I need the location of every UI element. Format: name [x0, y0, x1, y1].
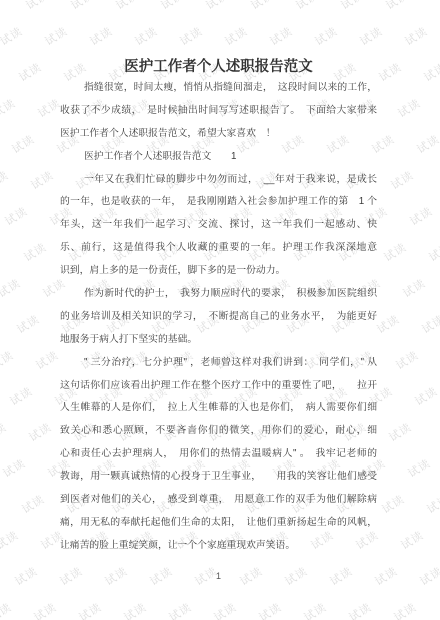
text-line: 的一年，也是收获的一年， 是我刚刚踏入社会参加护理工作的第 1 个 [60, 191, 377, 214]
watermark-text: 试读 [419, 311, 440, 337]
watermark-text: 试读 [21, 239, 50, 265]
watermark-text: 试读 [203, 0, 232, 13]
watermark-text: 试读 [312, 23, 341, 49]
paragraph-container: 指缝很宽，时间太瘦，悄悄从指缝间溜走， 这段时间以来的工作，收获了不少成绩， 是… [60, 77, 377, 558]
document-title: 医护工作者个人述职报告范文 [60, 57, 377, 77]
watermark-text: 试读 [395, 95, 424, 121]
text-line: 医护工作者个人述职报告范文，希望大家喜欢 ！ [60, 123, 377, 146]
watermark-text: 试读 [426, 239, 440, 265]
watermark-text: 试读 [14, 311, 43, 337]
watermark-text: 试读 [301, 599, 330, 620]
watermark-text: 试读 [381, 239, 410, 265]
watermark-text: 试读 [87, 23, 116, 49]
paragraph: " 三分治疗，七分护理" ，老师曾这样对我们讲到： 同学们，" 从这句话你们应该… [60, 352, 377, 558]
text-line: 识到，肩上多的是一份责任，脚下多的是一份动力。 [60, 260, 377, 283]
text-line: 心和责任心去护理病人， 用你们的热情去温暖病人" 。 我牢记老师的 [60, 443, 377, 466]
watermark-text: 试读 [0, 23, 25, 49]
text-line: " 三分治疗，七分护理" ，老师曾这样对我们讲到： 同学们，" 从 [60, 352, 377, 375]
text-line: 教诲，用一颗真诚热情的心投身于卫生事业， 用我的笑容让他们感受 [60, 466, 377, 489]
watermark-text: 试读 [0, 347, 16, 373]
watermark-text: 试读 [405, 455, 434, 481]
watermark-text: 试读 [374, 311, 403, 337]
watermark-text: 试读 [2, 203, 31, 229]
text-line: 作为新时代的护士， 我努力顺应时代的要求， 积极参加医院组织 [60, 283, 377, 306]
paragraph: 作为新时代的护士， 我努力顺应时代的要求， 积极参加医院组织的业务培训及相关知识… [60, 283, 377, 352]
watermark-text: 试读 [166, 599, 195, 620]
watermark-text: 试读 [31, 599, 60, 620]
watermark-text: 试读 [0, 95, 18, 121]
watermark-text: 试读 [7, 383, 36, 409]
watermark-text: 试读 [177, 23, 206, 49]
watermark-text: 试读 [33, 347, 62, 373]
watermark-text: 试读 [0, 0, 6, 13]
watermark-text: 试读 [76, 599, 105, 620]
watermark-text: 试读 [23, 0, 52, 13]
page-number: 1 [60, 570, 377, 582]
watermark-text: 试读 [121, 599, 150, 620]
watermark-text: 试读 [338, 0, 367, 13]
watermark-text: 试读 [158, 0, 187, 13]
watermark-text: 试读 [211, 599, 240, 620]
text-line: 到医者对他们的关心， 感受到尊重， 用愿意工作的双手为他们解除病 [60, 489, 377, 512]
watermark-text: 试读 [407, 203, 436, 229]
watermark-text: 试读 [248, 0, 277, 13]
section-subtitle: 医护工作者个人述职报告范文 1 [60, 146, 377, 169]
watermark-text: 试读 [383, 0, 412, 13]
watermark-text: 试读 [26, 419, 55, 445]
watermark-text: 试读 [267, 23, 296, 49]
watermark-text: 试读 [28, 167, 57, 193]
text-line: 年头，这一年我们一起学习、交流、探讨，这一年我们一起感动、快 [60, 214, 377, 237]
watermark-text: 试读 [412, 383, 440, 409]
watermark-text: 试读 [421, 59, 440, 85]
watermark-text: 试读 [9, 131, 38, 157]
watermark-text: 试读 [391, 599, 420, 620]
watermark-text: 试读 [379, 491, 408, 517]
watermark-text: 试读 [400, 275, 429, 301]
paragraph: 一年又在我们忙碌的脚步中勿勿而过， __年对于我来说，是成长的一年，也是收获的一… [60, 169, 377, 283]
watermark-text: 试读 [414, 131, 440, 157]
watermark-text: 试读 [393, 347, 422, 373]
watermark-text: 试读 [132, 23, 161, 49]
watermark-text: 试读 [19, 491, 48, 517]
document-page: 试读试读试读试读试读试读试读试读试读试读试读试读试读试读试读试读试读试读试读试读… [0, 0, 440, 620]
watermark-text: 试读 [68, 0, 97, 13]
watermark-text: 试读 [346, 599, 375, 620]
text-line: 收获了不少成绩， 是时候抽出时间写写述职报告了。 下面给大家带来 [60, 100, 377, 123]
watermark-text: 试读 [417, 563, 440, 589]
text-line: 指缝很宽，时间太瘦，悄悄从指缝间溜走， 这段时间以来的工作， [60, 77, 377, 100]
watermark-text: 试读 [16, 59, 45, 85]
text-line: 医护工作者个人述职报告范文 1 [60, 146, 377, 169]
text-line: 一年又在我们忙碌的脚步中勿勿而过， __年对于我来说，是成长 [60, 169, 377, 192]
watermark-text: 试读 [376, 59, 405, 85]
watermark-text: 试读 [42, 23, 71, 49]
watermark-text: 试读 [0, 455, 28, 481]
text-line: 让痛苦的脸上重绽笑颜，让一个个家庭重现欢声笑语。 [60, 535, 377, 558]
text-line: 人生帷幕的人是你们， 拉上人生帷幕的人也是你们， 病人需要你们细 [60, 397, 377, 420]
text-line: 致关心和悉心照顾，不要吝啬你们的微笑，用你们的爱心，耐心，细 [60, 420, 377, 443]
watermark-text: 试读 [12, 563, 41, 589]
watermark-text: 试读 [424, 491, 440, 517]
watermark-text: 试读 [222, 23, 251, 49]
watermark-text: 试读 [0, 419, 9, 445]
watermark-text: 试读 [398, 527, 427, 553]
watermark-text: 试读 [0, 599, 14, 620]
watermark-text: 试读 [0, 527, 21, 553]
watermark-text: 试读 [386, 419, 415, 445]
text-line: 的业务培训及相关知识的学习， 不断提高自己的业务水平， 为能更好 [60, 306, 377, 329]
watermark-text: 试读 [113, 0, 142, 13]
paragraph: 指缝很宽，时间太瘦，悄悄从指缝间溜走， 这段时间以来的工作，收获了不少成绩， 是… [60, 77, 377, 146]
text-line: 乐、前行，这是值得我个人收藏的重要的一年。护理工作我深深地意 [60, 237, 377, 260]
document-content: 医护工作者个人述职报告范文 指缝很宽，时间太瘦，悄悄从指缝间溜走， 这段时间以来… [60, 57, 377, 582]
watermark-text: 试读 [0, 275, 23, 301]
text-line: 痛，用无私的奉献托起他们生命的太阳， 让他们重新扬起生命的风帆， [60, 512, 377, 535]
watermark-text: 试读 [256, 599, 285, 620]
watermark-text: 试读 [357, 23, 386, 49]
watermark-text: 试读 [402, 23, 431, 49]
watermark-text: 试读 [388, 167, 417, 193]
text-line: 这句话你们应该看出护理工作在整个医疗工作中的重要性了吧， 拉开 [60, 375, 377, 398]
watermark-text: 试读 [0, 167, 11, 193]
watermark-text: 试读 [293, 0, 322, 13]
text-line: 地服务于病人打下坚实的基础。 [60, 329, 377, 352]
